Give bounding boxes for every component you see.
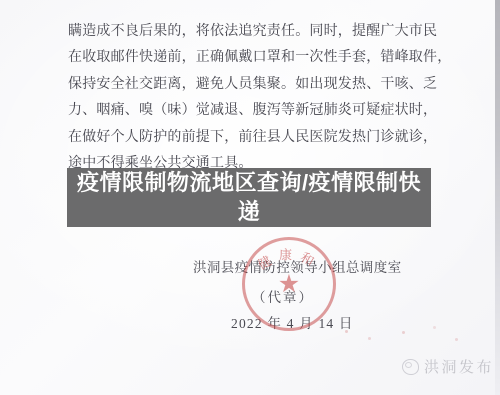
signature-organization: 洪洞县疫情防控领导小组总调度室 [193, 256, 402, 276]
seal-ink-specks [345, 330, 348, 333]
caption-title: 疫情限制物流地区查询/疫情限制快递 [74, 169, 424, 226]
signature-on-behalf: （代章） [252, 286, 314, 306]
publisher-watermark: 洪洞发布 [402, 356, 494, 377]
notice-line: 力、咽痛、嗅（味）觉减退、腹泻等新冠肺炎可疑症状时， [68, 98, 453, 124]
caption-overlay-banner: 疫情限制物流地区查询/疫情限制快递 [67, 168, 431, 227]
notice-line: 在收取邮件快递前，正确佩戴口罩和一次性手套，错峰取件， [68, 45, 453, 71]
publisher-watermark-label: 洪洞发布 [424, 356, 494, 377]
scan-page-right-edge [495, 0, 500, 395]
notice-line: 在做好个人防护的前提下，前往县人民医院发热门诊就诊， [68, 125, 453, 151]
notice-line: 瞒造成不良后果的，将依法追究责任。同时，提醒广大市民 [68, 19, 453, 45]
notice-body-text: 瞒造成不良后果的，将依法追究责任。同时，提醒广大市民 在收取邮件快递前，正确佩戴… [68, 19, 453, 177]
publisher-logo-icon [402, 359, 419, 375]
signature-date: 2022 年 4 月 14 日 [231, 312, 354, 332]
notice-line: 保持安全社交距离，避免人员集聚。如出现发热、干咳、乏 [68, 72, 453, 98]
scanned-notice-page: 瞒造成不良后果的，将依法追究责任。同时，提醒广大市民 在收取邮件快递前，正确佩戴… [0, 0, 500, 395]
